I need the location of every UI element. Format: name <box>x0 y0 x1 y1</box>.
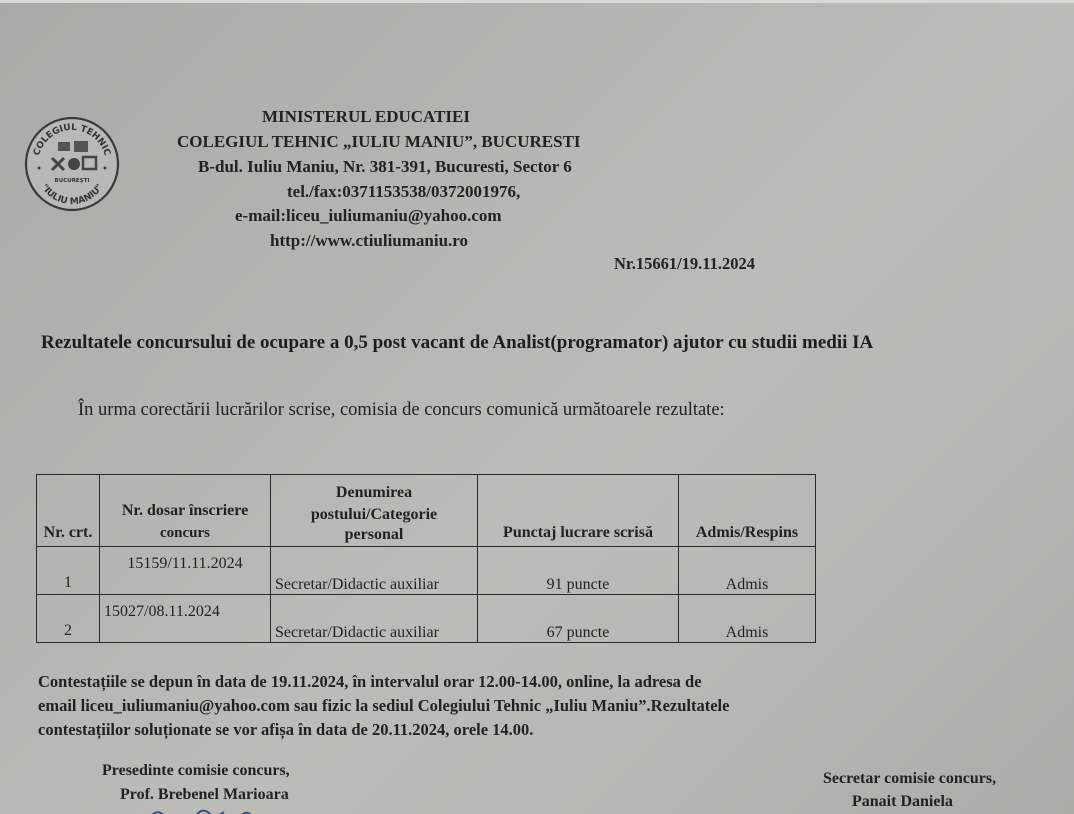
registration-number: Nr.15661/19.11.2024 <box>614 254 755 274</box>
table-row: 1 15159/11.11.2024 Secretar/Didactic aux… <box>37 547 816 595</box>
cell-punctaj: 91 puncte <box>478 547 679 595</box>
cell-punctaj: 67 puncte <box>478 595 679 643</box>
header-denumirea-line2: postului/Categorie <box>275 504 473 526</box>
intro-text: În urma corectării lucrărilor scrise, co… <box>78 400 725 421</box>
contestation-line-3: contestațiilor soluționate se vor afișa … <box>38 718 729 742</box>
header-nr-dosar-line1: Nr. dosar înscriere <box>104 500 266 522</box>
document-title: Rezultatele concursului de ocupare a 0,5… <box>41 332 873 354</box>
contestation-line-1: Contestațiile se depun în data de 19.11.… <box>38 670 729 694</box>
results-table: Nr. crt. Nr. dosar înscriere concurs Den… <box>36 474 816 643</box>
president-role: Presedinte comisie concurs, <box>102 762 290 780</box>
secretary-name: Panait Daniela <box>852 793 953 811</box>
paper-top-edge <box>0 0 1074 3</box>
contestation-paragraph: Contestațiile se depun în data de 19.11.… <box>38 670 729 742</box>
institution-phone: tel./fax:0371153538/0372001976, <box>287 182 520 202</box>
institution-address: B-dul. Iuliu Maniu, Nr. 381-391, Bucures… <box>198 157 572 177</box>
header-nr-dosar-line2: concurs <box>104 522 266 544</box>
header-nr-dosar: Nr. dosar înscriere concurs <box>100 475 271 547</box>
cell-nr-crt: 2 <box>37 595 100 643</box>
contestation-line-2: email liceu_iuliumaniu@yahoo.com sau fiz… <box>38 694 729 718</box>
institution-email: e-mail:liceu_iuliumaniu@yahoo.com <box>235 206 502 226</box>
cell-nr-crt: 1 <box>37 547 100 595</box>
header-denumirea: Denumirea postului/Categorie personal <box>271 475 478 547</box>
president-name: Prof. Brebenel Marioara <box>120 786 289 804</box>
cell-post: Secretar/Didactic auxiliar <box>271 595 478 643</box>
cell-status: Admis <box>679 595 816 643</box>
institution-name: COLEGIUL TEHNIC „IULIU MANIU”, BUCURESTI <box>177 132 581 152</box>
school-seal-logo: COLEGIUL TEHNIC "IULIU MANIU" BUCUREȘTI <box>22 112 122 212</box>
header-nr-crt: Nr. crt. <box>37 475 100 547</box>
header-denumirea-line1: Denumirea <box>275 482 473 504</box>
cell-nr-dosar: 15159/11.11.2024 <box>100 547 271 595</box>
header-denumirea-line3: personal <box>275 526 473 544</box>
institution-website: http://www.ctiuliumaniu.ro <box>270 231 468 251</box>
cell-post: Secretar/Didactic auxiliar <box>271 547 478 595</box>
secretary-role: Secretar comisie concurs, <box>823 770 996 788</box>
logo-middle-text: BUCUREȘTI <box>55 178 90 184</box>
header-admis-respins: Admis/Respins <box>679 475 816 547</box>
cell-nr-dosar: 15027/08.11.2024 <box>100 595 271 643</box>
header-punctaj: Punctaj lucrare scrisă <box>478 475 679 547</box>
handwritten-signature <box>140 806 300 814</box>
table-row: 2 15027/08.11.2024 Secretar/Didactic aux… <box>37 595 816 643</box>
table-header-row: Nr. crt. Nr. dosar înscriere concurs Den… <box>37 475 816 547</box>
ministry-name: MINISTERUL EDUCATIEI <box>262 107 470 127</box>
cell-status: Admis <box>679 547 816 595</box>
